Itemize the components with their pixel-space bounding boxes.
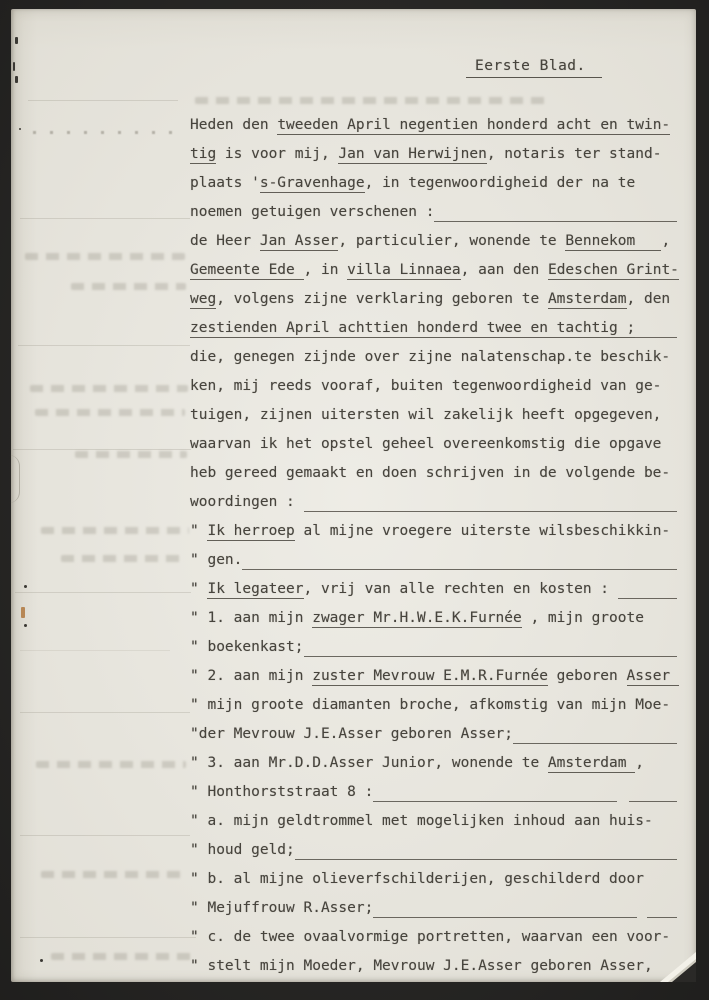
underlined-text: Ik herroep <box>207 523 294 541</box>
bleed-through-line <box>20 937 196 938</box>
document-line: " Ik herroep al mijne vroegere uiterste … <box>190 517 677 546</box>
text-segment: , in tegenwoordigheid der na te <box>365 169 636 198</box>
bleed-through-text <box>30 385 188 392</box>
bleed-through-line <box>20 650 170 651</box>
text-segment: , mijn groote <box>522 604 644 633</box>
document-line: woordingen : <box>190 488 677 517</box>
document-line: " 1. aan mijn zwager Mr.H.W.E.K.Furnée ,… <box>190 604 677 633</box>
edge-mark <box>24 585 27 588</box>
underlined-text: Asser <box>627 668 679 686</box>
document-line: heb gereed gemaakt en doen schrijven in … <box>190 459 677 488</box>
text-segment: weg <box>190 285 216 314</box>
text-segment: heb gereed gemaakt en doen schrijven in … <box>190 459 670 488</box>
document-line: noemen getuigen verschenen : <box>190 198 677 227</box>
underlined-text: tweeden April negentien honderd acht en … <box>277 117 670 135</box>
text-segment: is voor mij, <box>216 140 338 169</box>
text-segment: "der Mevrouw J.E.Asser geboren Asser; <box>190 720 513 749</box>
underscore-fill <box>295 836 677 860</box>
text-segment: geboren <box>548 662 627 691</box>
text-segment: tig <box>190 140 216 169</box>
text-segment: Ik herroep <box>207 517 294 546</box>
page-title: Eerste Blad. <box>466 58 602 78</box>
document-line: zestienden April achttien honderd twee e… <box>190 314 677 343</box>
bleed-through-text <box>41 871 186 878</box>
underlined-text: Edeschen Grint- <box>548 262 679 280</box>
text-segment: " houd geld; <box>190 836 295 865</box>
text-segment: zwager Mr.H.W.E.K.Furnée <box>312 604 522 633</box>
text-segment: " 1. aan mijn <box>190 604 312 633</box>
text-segment: Edeschen Grint- <box>548 256 679 285</box>
text-segment: al mijne vroegere uiterste wilsbeschikki… <box>295 517 670 546</box>
underscore-fill <box>373 894 637 918</box>
underlined-text: Amsterdam <box>548 755 635 773</box>
text-segment: Asser <box>627 662 679 691</box>
underlined-text: Jan van Herwijnen <box>338 146 486 164</box>
corner-fold-cut <box>672 962 696 982</box>
bleed-through-text <box>25 253 185 260</box>
text-segment: , vrij van alle rechten en kosten : <box>304 575 618 604</box>
text-segment: , in <box>304 256 348 285</box>
text-segment: , <box>635 749 644 778</box>
text-segment: zuster Mevrouw E.M.R.Furnée <box>312 662 548 691</box>
bleed-through-line <box>28 100 178 101</box>
text-segment: " boekenkast; <box>190 633 304 662</box>
text-segment: s-Gravenhage <box>260 169 365 198</box>
document-line: de Heer Jan Asser, particulier, wonende … <box>190 227 677 256</box>
document-line: " stelt mijn Moeder, Mevrouw J.E.Asser g… <box>190 952 677 981</box>
bleed-through-line <box>20 835 190 836</box>
document-line: " 3. aan Mr.D.D.Asser Junior, wonende te… <box>190 749 677 778</box>
fill-gap <box>617 778 629 807</box>
text-segment: , aan den <box>461 256 548 285</box>
underlined-text: zuster Mevrouw E.M.R.Furnée <box>312 668 548 686</box>
text-segment: Heden den <box>190 111 277 140</box>
underscore-fill <box>304 488 678 512</box>
document-line: die, genegen zijnde over zijne nalatensc… <box>190 343 677 372</box>
text-segment: Jan Asser <box>260 227 339 256</box>
document-line: tig is voor mij, Jan van Herwijnen, nota… <box>190 140 677 169</box>
bleed-through-text <box>195 97 545 104</box>
text-segment: " <box>190 575 207 604</box>
text-segment: villa Linnaea <box>347 256 461 285</box>
underlined-text: Ik legateer <box>207 581 303 599</box>
text-segment: die, genegen zijnde over zijne nalatensc… <box>190 343 670 372</box>
edge-mark <box>15 37 18 44</box>
document-line: " Honthorststraat 8 : <box>190 778 677 807</box>
underlined-text: s-Gravenhage <box>260 175 365 193</box>
underlined-text: Jan Asser <box>260 233 339 251</box>
edge-mark <box>40 959 43 962</box>
document-line: " boekenkast; <box>190 633 677 662</box>
text-segment: Bennekom <box>565 227 661 256</box>
text-segment: , particulier, wonende te <box>338 227 565 256</box>
paper-crease <box>9 455 20 503</box>
underscore-fill <box>629 778 677 802</box>
text-segment: " mijn groote diamanten broche, afkomsti… <box>190 691 670 720</box>
underlined-text: zestienden April achttien honderd twee e… <box>190 320 635 338</box>
document-line: " houd geld; <box>190 836 677 865</box>
document-line: " b. al mijne olieverfschilderijen, gesc… <box>190 865 677 894</box>
underlined-text: weg <box>190 291 216 309</box>
document-line: " mijn groote diamanten broche, afkomsti… <box>190 691 677 720</box>
text-segment: , <box>661 227 670 256</box>
scan-backdrop: { "document": { "title": "Eerste Blad.",… <box>0 0 709 1000</box>
document-line: " gen. <box>190 546 677 575</box>
text-segment: zestienden April achttien honderd twee e… <box>190 314 635 343</box>
underlined-text: zwager Mr.H.W.E.K.Furnée <box>312 610 522 628</box>
underlined-text: Amsterdam <box>548 291 627 309</box>
text-segment: Amsterdam <box>548 285 627 314</box>
underlined-text: tig <box>190 146 216 164</box>
bleed-through-text <box>51 953 196 960</box>
bleed-through-line <box>15 592 191 593</box>
edge-mark <box>19 128 21 130</box>
edge-mark <box>15 76 18 83</box>
text-segment: plaats ' <box>190 169 260 198</box>
text-segment: " b. al mijne olieverfschilderijen, gesc… <box>190 865 644 894</box>
text-segment: woordingen : <box>190 488 304 517</box>
text-segment: Jan van Herwijnen <box>338 140 486 169</box>
document-line: Gemeente Ede , in villa Linnaea, aan den… <box>190 256 677 285</box>
fill-gap <box>637 894 647 923</box>
bleed-through-text <box>75 451 187 458</box>
document-line: " Ik legateer, vrij van alle rechten en … <box>190 575 677 604</box>
document-line: ken, mij reeds vooraf, buiten tegenwoord… <box>190 372 677 401</box>
document-line: "der Mevrouw J.E.Asser geboren Asser; <box>190 720 677 749</box>
bleed-through-line <box>13 449 191 450</box>
text-segment: " c. de twee ovaalvormige portretten, wa… <box>190 923 670 952</box>
bleed-through-text <box>61 555 186 562</box>
text-segment: , den <box>627 285 671 314</box>
document-line: " c. de twee ovaalvormige portretten, wa… <box>190 923 677 952</box>
text-segment: noemen getuigen verschenen : <box>190 198 434 227</box>
text-segment: " 2. aan mijn <box>190 662 312 691</box>
text-segment: de Heer <box>190 227 260 256</box>
edge-mark <box>24 624 27 627</box>
document-line: " a. mijn geldtrommel met mogelijken inh… <box>190 807 677 836</box>
bleed-through-text <box>41 527 189 534</box>
document-line: weg, volgens zijne verklaring geboren te… <box>190 285 677 314</box>
text-segment: ken, mij reeds vooraf, buiten tegenwoord… <box>190 372 661 401</box>
underscore-fill <box>513 720 677 744</box>
document-line: Heden den tweeden April negentien honder… <box>190 111 677 140</box>
text-segment: waarvan ik het opstel geheel overeenkoms… <box>190 430 661 459</box>
document-line: plaats 's-Gravenhage, in tegenwoordighei… <box>190 169 677 198</box>
text-segment: tweeden April negentien honderd acht en … <box>277 111 670 140</box>
text-segment: tuigen, zijnen uitersten wil zakelijk he… <box>190 401 661 430</box>
underscore-fill <box>434 198 677 222</box>
underlined-text: Gemeente Ede <box>190 262 304 280</box>
underlined-text: Bennekom <box>565 233 661 251</box>
text-segment: " stelt mijn Moeder, Mevrouw J.E.Asser g… <box>190 952 653 981</box>
text-segment: " Honthorststraat 8 : <box>190 778 373 807</box>
bleed-through-line <box>20 218 190 219</box>
bleed-through-text <box>71 283 186 290</box>
bleed-through-text <box>36 761 186 768</box>
bleed-through-line <box>18 345 190 346</box>
rust-speck <box>21 607 25 618</box>
text-segment: " <box>190 517 207 546</box>
text-segment: " a. mijn geldtrommel met mogelijken inh… <box>190 807 653 836</box>
document-page: Eerste Blad. Heden den tweeden April neg… <box>11 9 696 982</box>
bleed-through-text <box>35 409 185 416</box>
underlined-text: villa Linnaea <box>347 262 461 280</box>
text-segment: , volgens zijne verklaring geboren te <box>216 285 548 314</box>
text-segment: " Mejuffrouw R.Asser; <box>190 894 373 923</box>
text-segment: , notaris ter stand- <box>487 140 662 169</box>
bleed-through-line <box>20 712 190 713</box>
document-line: waarvan ik het opstel geheel overeenkoms… <box>190 430 677 459</box>
underscore-fill <box>618 575 677 599</box>
document-line: " 2. aan mijn zuster Mevrouw E.M.R.Furné… <box>190 662 677 691</box>
text-segment: Gemeente Ede <box>190 256 304 285</box>
edge-mark <box>13 62 15 71</box>
underscore-fill <box>373 778 617 802</box>
underscore-fill <box>635 314 677 338</box>
underscore-fill <box>647 894 677 918</box>
text-segment: Ik legateer <box>207 575 303 604</box>
text-segment: " gen. <box>190 546 242 575</box>
text-segment: " 3. aan Mr.D.D.Asser Junior, wonende te <box>190 749 548 778</box>
document-line: " Mejuffrouw R.Asser; <box>190 894 677 923</box>
underscore-fill <box>242 546 677 570</box>
document-line: tuigen, zijnen uitersten wil zakelijk he… <box>190 401 677 430</box>
document-lines: Heden den tweeden April negentien honder… <box>190 111 677 981</box>
underscore-fill <box>304 633 678 657</box>
text-segment: Amsterdam <box>548 749 635 778</box>
bleed-through-dots <box>33 131 173 134</box>
